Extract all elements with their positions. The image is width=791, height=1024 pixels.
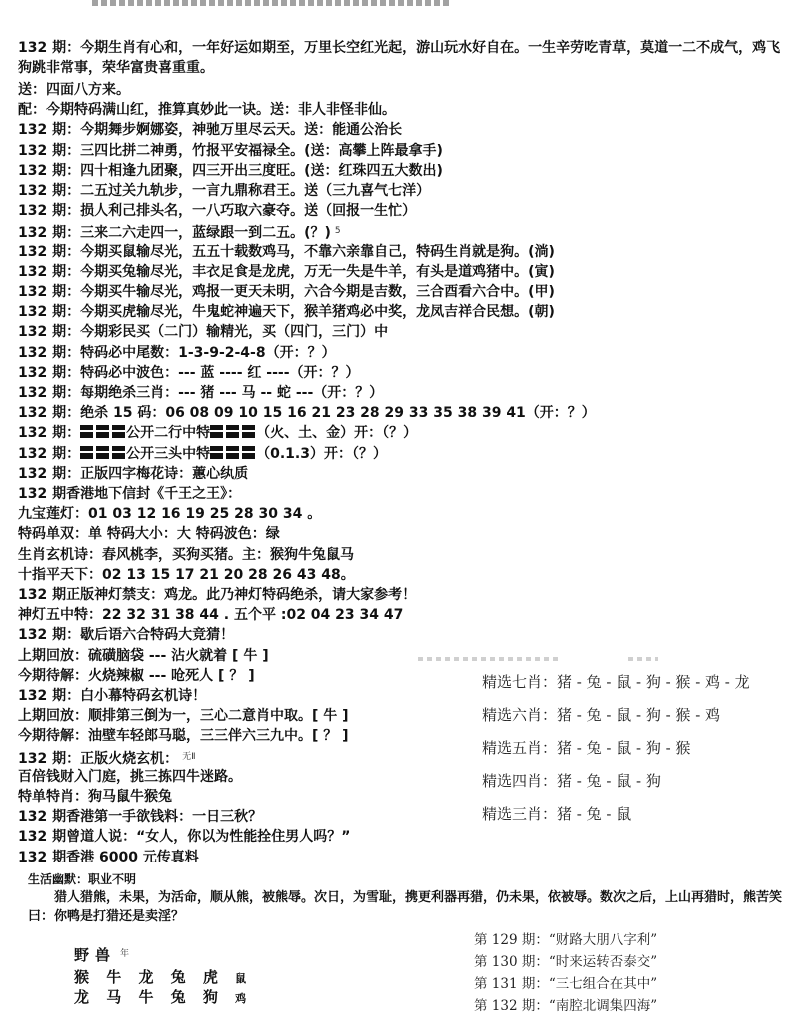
kill-three-zodiac-line: 132 期：每期绝杀三肖：--- 猪 --- 马 -- 蛇 ---（开：？） <box>18 383 383 403</box>
pick-value: 猪 - 兔 - 鼠 - 狗 - 猴 <box>557 739 690 757</box>
white-poem-current: 今期待解：油壁车轻郎马聪，三三伴六三九中。[ ？ ] <box>18 726 349 746</box>
riddle-current: 今期待解：火烧辣椒 --- 呛死人 [ ？ ] <box>18 666 255 686</box>
stray-mark: 5 <box>335 226 341 236</box>
line-suffix: （0.1.3）开：（？） <box>256 446 387 462</box>
verse-line-13: 132 期：今期买虎输尽光，牛鬼蛇神遍天下，猴羊猪鸡必中奖，龙凤吉祥合民想。(朝… <box>18 302 555 322</box>
pick-label: 精选四肖： <box>482 772 557 790</box>
pick-label: 精选三肖： <box>482 805 557 823</box>
fire-mystery-text: 132 期：正版火烧玄机： <box>18 751 178 767</box>
verse-line-7: 132 期：二五过关九轨步，一言九鼎称君王。送（三九喜气七洋） <box>18 181 430 201</box>
pick-value: 猪 - 兔 - 鼠 <box>557 805 631 823</box>
riddle-title: 132 期：歇后语六合特码大竞猜！ <box>18 625 234 645</box>
line-prefix: 132 期： <box>18 446 80 462</box>
envelope-title: 132 期香港地下信封《千王之王》： <box>18 484 241 504</box>
five-elements-line: 132 期：公开二行中特（火、土、金）开：（？） <box>18 423 417 443</box>
redacted-block <box>210 425 256 438</box>
pick-six-zodiac: 精选六肖：猪 - 兔 - 鼠 - 狗 - 猴 - 鸡 <box>482 705 720 726</box>
fax-kill-zodiac: 传真之杀肖：牛 <box>18 908 116 928</box>
redacted-block <box>80 446 126 459</box>
fax-kill-tail: 传真之杀尾：3 <box>18 928 112 948</box>
pick-value: 猪 - 兔 - 鼠 - 狗 <box>557 772 661 790</box>
verse-line-9-text: 132 期：三来二六走四一，蓝绿跟一到二五。(？) <box>18 225 331 241</box>
line-middle: 公开二行中特 <box>126 425 210 441</box>
verse-line-14: 132 期：今期彩民买（二门）输精光，买（四门，三门）中 <box>18 322 388 342</box>
verse-line-1: 132 期：今期生肖有心和，一年好运如期至，万里长空红光起，游山玩水好自在。一生… <box>18 38 788 78</box>
pick-four-zodiac: 精选四肖：猪 - 兔 - 鼠 - 狗 <box>482 771 661 792</box>
redacted-block <box>210 446 256 459</box>
verse-line-10: 132 期：今期买鼠输尽光，五五十载数鸡马，不靠六亲靠自己，特码生肖就是狗。(淌… <box>18 242 555 262</box>
wave-color-line: 132 期：特码必中波色：--- 蓝 ---- 红 ----（开：？） <box>18 363 360 383</box>
verse-line-9: 132 期：三来二六走四一，蓝绿跟一到二五。(？)5 <box>18 221 341 243</box>
stray-mark: 无Ⅱ <box>182 752 195 762</box>
fire-mystery-verse: 百倍钱财入门庭，挑三拣四牛迷路。 <box>18 767 242 787</box>
tail-digits-line: 132 期：特码必中尾数：1-3-9-2-4-8（开：？） <box>18 343 336 363</box>
fire-mystery-title: 132 期：正版火烧玄机：无Ⅱ <box>18 747 196 769</box>
cropped-header-text <box>92 0 452 6</box>
hk-first-hand-line: 132 期香港第一手欲钱料：一日三秋？ <box>18 807 262 827</box>
kill-15-numbers-line: 132 期：绝杀 15 码：06 08 09 10 15 16 21 23 28… <box>18 403 596 423</box>
faint-residue <box>258 877 538 881</box>
pick-label: 精选六肖： <box>482 706 557 724</box>
fax-title: 132 期香港 6000 元传真料 <box>18 848 199 868</box>
verse-line-3: 配：今期特码满山红，推算真妙此一诀。送：非人非怪非仙。 <box>18 100 396 120</box>
faint-residue <box>418 657 558 661</box>
verse-line-4: 132 期：今期舞步婀娜姿，神驰万里尽云天。送：能通公治长 <box>18 120 402 140</box>
pick-three-zodiac: 精选三肖：猪 - 兔 - 鼠 <box>482 804 631 825</box>
line-prefix: 132 期： <box>18 425 80 441</box>
verse-line-12: 132 期：今期买牛输尽光，鸡报一更天未明，六合今期是吉数，三合酉看六合中。(甲… <box>18 282 555 302</box>
odd-even-size-color-line: 特码单双：单 特码大小：大 特码波色：绿 <box>18 524 280 544</box>
zodiac-poem-line: 生肖玄机诗：春风桃李，买狗买猪。主：猴狗牛兔鼠马 <box>18 545 354 565</box>
fax-line-2: 二八丁配五不满，生肖静。 <box>18 888 186 908</box>
redacted-block <box>80 425 126 438</box>
lamp-ban-line: 132 期正版神灯禁支：鸡龙。此乃神灯特码绝杀，请大家参考！ <box>18 585 416 605</box>
zeng-daoren-line: 132 期曾道人说：“女人，你以为性能拴住男人吗？” <box>18 827 351 847</box>
nine-lanterns-line: 九宝莲灯：01 03 12 16 19 25 28 30 34 。 <box>18 504 321 524</box>
faint-residue <box>628 657 658 661</box>
line-middle: 公开三头中特 <box>126 446 210 462</box>
white-poem-title: 132 期：白小幕特码玄机诗！ <box>18 686 206 706</box>
line-suffix: （火、土、金）开：（？） <box>256 425 417 441</box>
riddle-last: 上期回放：硫磺脑袋 --- 沾火就着 [ 牛 ] <box>18 646 269 666</box>
pick-label: 精选五肖： <box>482 739 557 757</box>
three-heads-line: 132 期：公开三头中特（0.1.3）开：（？） <box>18 444 387 464</box>
lottery-tips-page: 132 期：今期生肖有心和，一年好运如期至，万里长空红光起，游山玩水好自在。一生… <box>0 0 791 1024</box>
pick-label: 精选七肖： <box>482 673 557 691</box>
white-poem-last: 上期回放：顺排第三倒为一，三心二意肖中取。[ 牛 ] <box>18 706 349 726</box>
pick-seven-zodiac: 精选七肖：猪 - 兔 - 鼠 - 狗 - 猴 - 鸡 - 龙 <box>482 672 750 693</box>
verse-line-6: 132 期：四十相逢九团聚，四三开出三度旺。(送：红珠四五大数出) <box>18 161 443 181</box>
verse-line-5: 132 期：三四比拼二神勇，竹报平安福禄全。(送：高攀上阵最拿手) <box>18 141 443 161</box>
verse-line-8: 132 期：损人利己排头名，一八巧取六豪夺。送（回报一生忙） <box>18 201 416 221</box>
lamp-five-line: 神灯五中特：22 32 31 38 44 . 五个平 :02 04 23 34 … <box>18 605 403 625</box>
pick-five-zodiac: 精选五肖：猪 - 兔 - 鼠 - 狗 - 猴 <box>482 738 690 759</box>
plum-poem-line: 132 期：正版四字梅花诗：蕙心纨质 <box>18 464 248 484</box>
fax-line-1: 九字独取二来合，有用场。 <box>18 868 186 888</box>
pick-value: 猪 - 兔 - 鼠 - 狗 - 猴 - 鸡 <box>557 706 720 724</box>
pick-value: 猪 - 兔 - 鼠 - 狗 - 猴 - 鸡 - 龙 <box>557 673 750 691</box>
verse-line-2: 送：四面八方来。 <box>18 80 130 100</box>
verse-line-11: 132 期：今期买兔输尽光，丰衣足食是龙虎，万无一失是牛羊，有头是道鸡猪中。(寅… <box>18 262 555 282</box>
ten-fingers-line: 十指平天下：02 13 15 17 21 20 28 26 43 48。 <box>18 565 355 585</box>
special-zodiac-line: 特单特肖：狗马鼠牛猴兔 <box>18 787 172 807</box>
